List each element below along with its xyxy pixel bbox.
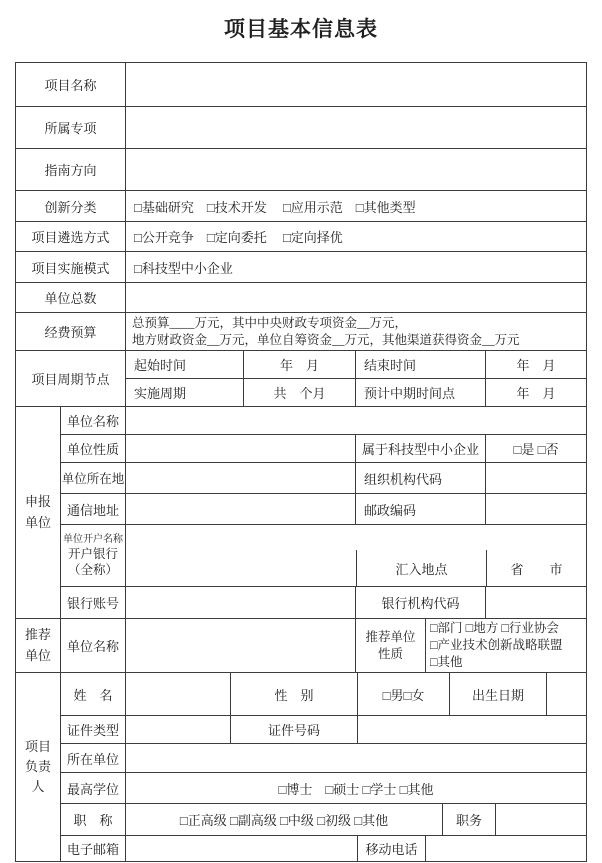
recommender-band: 推荐 单位 单位名称 推荐单位 性质 □部门 □地方 □行业协会 □产业技术创新… [16,619,586,673]
recommender-section-label: 推荐 单位 [16,619,61,673]
guide-direction-value[interactable] [126,149,586,191]
name-label: 姓 名 [61,673,126,716]
org-code-label: 组织机构代码 [356,463,486,494]
row-special-program: 所属专项 [16,107,586,149]
midterm-label: 预计中期时间点 [356,379,486,407]
account-no-value[interactable] [126,587,356,619]
leader-title-row: 职 称 □正高级 □副高级 □中级 □初级 □其他 职务 [61,804,586,836]
duty-value[interactable] [496,804,586,836]
form-page: 项目基本信息表 项目名称 所属专项 指南方向 创新分类 □基础研究 □技术开发 … [0,0,602,863]
org-code-value[interactable] [486,463,586,494]
applicant-address-row: 通信地址 邮政编码 [61,494,586,525]
row-selection-mode: 项目遴选方式 □公开竞争 □定向委托 □定向择优 [16,222,586,252]
row-innovation-type: 创新分类 □基础研究 □技术开发 □应用示范 □其他类型 [16,191,586,222]
unit-name-label: 单位名称 [61,407,126,435]
guide-direction-label: 指南方向 [16,149,126,191]
leader-section-label: 项目 负责 人 [16,673,61,861]
remit-location-value[interactable]: 省 市 [486,550,586,586]
project-info-table: 项目名称 所属专项 指南方向 创新分类 □基础研究 □技术开发 □应用示范 □其… [15,62,587,862]
end-time-label: 结束时间 [356,351,486,379]
address-value[interactable] [126,494,356,525]
bank-value-area[interactable]: 汇入地点 省 市 [126,525,586,587]
special-program-value[interactable] [126,107,586,149]
birth-date-label: 出生日期 [450,673,547,716]
row-implementation-mode: 项目实施模式 □科技型中小企业 [16,252,586,283]
project-name-label: 项目名称 [16,63,126,107]
id-type-label: 证件类型 [61,716,126,744]
sme-checkboxes[interactable]: □是 □否 [486,435,586,463]
email-label: 电子邮箱 [61,836,126,861]
recommender-options-line3: □其他 [430,654,463,671]
id-number-label: 证件号码 [231,716,358,744]
bank-label: 单位开户名称 开户银行 （全称） [61,525,126,587]
unit-location-value[interactable] [126,463,356,494]
applicant-unit-nature-row: 单位性质 属于科技型中小企业 □是 □否 [61,435,586,463]
project-name-value[interactable] [126,63,586,107]
recommender-nature-checkboxes[interactable]: □部门 □地方 □行业协会 □产业技术创新战略联盟 □其他 [426,619,586,673]
leader-band: 项目 负责 人 姓 名 性 别 □男□女 出生日期 证件类型 证件号码 [16,673,586,861]
recommender-options-line1: □部门 □地方 □行业协会 [430,620,559,637]
unit-location-label: 单位所在地 [61,463,126,494]
recommender-nature-label: 推荐单位 性质 [356,619,426,673]
leader-org-label: 所在单位 [61,744,126,773]
bank-code-value[interactable] [486,587,586,619]
recommender-unit-name-value[interactable] [126,619,356,673]
end-time-value[interactable]: 年 月 [486,351,586,379]
special-program-label: 所属专项 [16,107,126,149]
timeline-row-2: 实施周期 共 个月 预计中期时间点 年 月 [126,379,586,407]
innovation-type-label: 创新分类 [16,191,126,222]
unit-count-value[interactable] [126,283,586,313]
phone-label: 移动电话 [358,836,426,861]
name-value[interactable] [126,673,231,716]
row-budget: 经费预算 总预算____万元，其中中央财政专项资金__万元， 地方财政资金__万… [16,313,586,351]
degree-label: 最高学位 [61,773,126,804]
unit-nature-label: 单位性质 [61,435,126,463]
budget-label: 经费预算 [16,313,126,351]
duty-label: 职务 [443,804,496,836]
selection-mode-checkboxes[interactable]: □公开竞争 □定向委托 □定向择优 [126,222,586,252]
account-name-label: 单位开户名称 [63,533,123,546]
period-label: 实施周期 [126,379,244,407]
start-time-label: 起始时间 [126,351,244,379]
title-checkboxes[interactable]: □正高级 □副高级 □中级 □初级 □其他 [126,804,443,836]
leader-org-value[interactable] [126,744,586,773]
unit-count-label: 单位总数 [16,283,126,313]
leader-org-row: 所在单位 [61,744,586,773]
degree-checkboxes[interactable]: □博士 □硕士 □学士 □其他 [126,773,586,804]
budget-line1: 总预算____万元，其中中央财政专项资金__万元， [132,315,407,332]
unit-nature-value[interactable] [126,435,356,463]
remit-location-label: 汇入地点 [356,550,486,586]
unit-name-value[interactable] [126,407,586,435]
birth-date-value[interactable] [547,673,586,716]
timeline-band: 项目周期节点 起始时间 年 月 结束时间 年 月 实施周期 共 个月 预计中期时… [16,351,586,407]
account-no-label: 银行账号 [61,587,126,619]
leader-contact-row: 电子邮箱 移动电话 [61,836,586,861]
row-project-name: 项目名称 [16,63,586,107]
page-title: 项目基本信息表 [0,13,602,43]
leader-id-row: 证件类型 证件号码 [61,716,586,744]
period-value[interactable]: 共 个月 [244,379,356,407]
recommender-unit-name-label: 单位名称 [61,619,126,673]
budget-value[interactable]: 总预算____万元，其中中央财政专项资金__万元， 地方财政资金__万元，单位自… [126,313,586,351]
implementation-mode-checkboxes[interactable]: □科技型中小企业 [126,252,586,283]
budget-line2: 地方财政资金__万元，单位自筹资金__万元，其他渠道获得资金__万元 [132,332,520,349]
applicant-band: 申报 单位 单位名称 单位性质 属于科技型中小企业 □是 □否 单位所在地 组织 [16,407,586,619]
timeline-label: 项目周期节点 [16,351,126,407]
title-label: 职 称 [61,804,126,836]
address-label: 通信地址 [61,494,126,525]
row-unit-count: 单位总数 [16,283,586,313]
sme-label: 属于科技型中小企业 [356,435,486,463]
leader-name-row: 姓 名 性 别 □男□女 出生日期 [61,673,586,716]
row-guide-direction: 指南方向 [16,149,586,191]
selection-mode-label: 项目遴选方式 [16,222,126,252]
bank-code-label: 银行机构代码 [356,587,486,619]
bank-name-value[interactable] [126,550,356,586]
id-number-value[interactable] [358,716,586,744]
midterm-value[interactable]: 年 月 [486,379,586,407]
bank-sub-row: 汇入地点 省 市 [126,550,586,586]
email-value[interactable] [126,836,358,861]
applicant-location-row: 单位所在地 组织机构代码 [61,463,586,494]
gender-label: 性 别 [231,673,358,716]
postcode-value[interactable] [486,494,586,525]
innovation-type-checkboxes[interactable]: □基础研究 □技术开发 □应用示范 □其他类型 [126,191,586,222]
postcode-label: 邮政编码 [356,494,486,525]
timeline-row-1: 起始时间 年 月 结束时间 年 月 [126,351,586,379]
applicant-bank-row: 单位开户名称 开户银行 （全称） 汇入地点 省 市 [61,525,586,587]
applicant-unit-name-row: 单位名称 [61,407,586,435]
phone-value[interactable] [426,836,586,861]
applicant-section-label: 申报 单位 [16,407,61,619]
applicant-account-row: 银行账号 银行机构代码 [61,587,586,619]
recommender-options-line2: □产业技术创新战略联盟 [430,637,563,654]
implementation-mode-label: 项目实施模式 [16,252,126,283]
start-time-value[interactable]: 年 月 [244,351,356,379]
gender-checkboxes[interactable]: □男□女 [358,673,450,716]
id-type-value[interactable] [126,716,231,744]
leader-degree-row: 最高学位 □博士 □硕士 □学士 □其他 [61,773,586,804]
